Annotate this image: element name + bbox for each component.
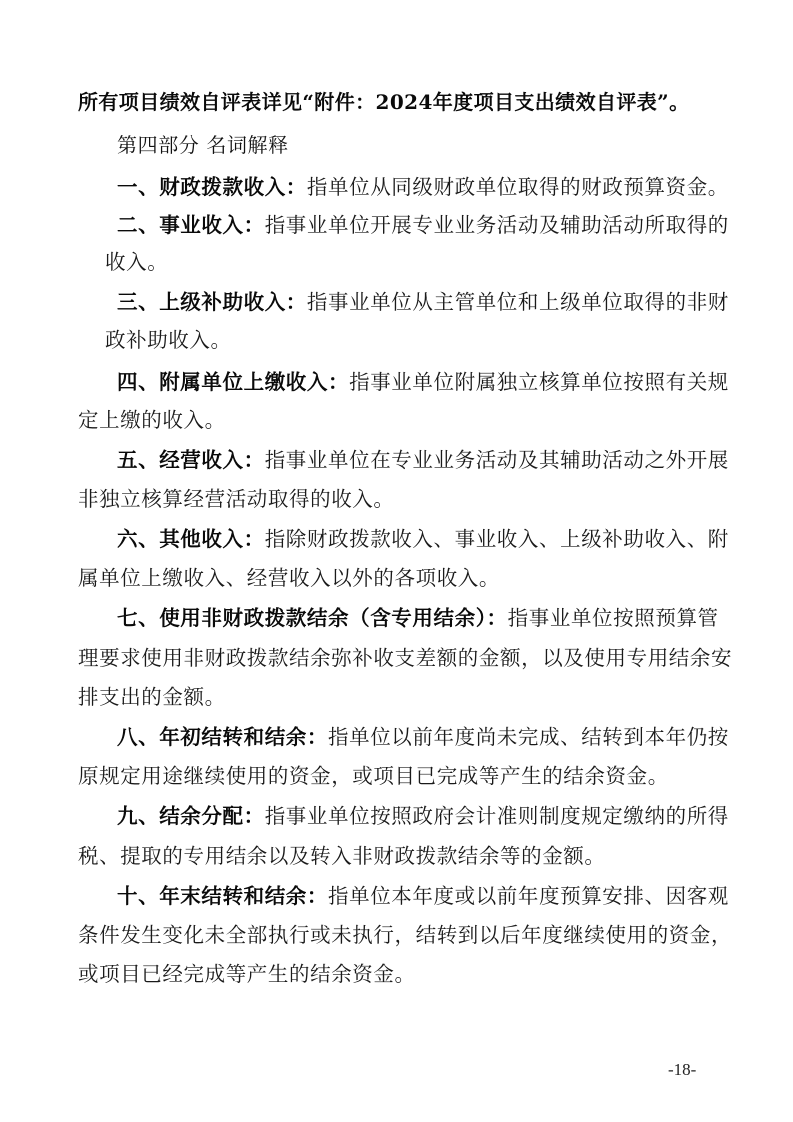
definition-text: 指事业单位开展专业业务活动及辅助活动所取得的 (265, 213, 729, 237)
definition-term: 九、结余分配： (117, 804, 265, 828)
definition-text: 指事业单位在专业业务活动及其辅助活动之外开展 (265, 448, 729, 472)
page-number: -18- (668, 1060, 696, 1080)
definition-term: 八、年初结转和结余： (117, 725, 328, 749)
definition-text: 指事业单位按照政府会计准则制度规定缴纳的所得 (265, 804, 729, 828)
definition-text: 指单位本年度或以前年度预算安排、因客观 (328, 884, 729, 908)
intro-line: 所有项目绩效自评表详见“附件：2024年度项目支出绩效自评表”。 (78, 90, 689, 114)
definition-1: 一、财政拨款收入：指单位从同级财政单位取得的财政预算资金。 (117, 175, 729, 199)
definition-2: 二、事业收入：指事业单位开展专业业务活动及辅助活动所取得的 (117, 213, 729, 237)
definition-6-cont: 属单位上缴收入、经营收入以外的各项收入。 (78, 566, 500, 590)
section-heading: 第四部分 名词解释 (117, 133, 289, 157)
definition-text: 指事业单位按照预算管 (508, 606, 719, 630)
definition-term: 十、年末结转和结余： (117, 884, 328, 908)
definition-4: 四、附属单位上缴收入：指事业单位附属独立核算单位按照有关规 (117, 370, 729, 394)
definition-term: 二、事业收入： (117, 213, 265, 237)
definition-3: 三、上级补助收入：指事业单位从主管单位和上级单位取得的非财 (117, 290, 729, 314)
definition-9: 九、结余分配：指事业单位按照政府会计准则制度规定缴纳的所得 (117, 804, 729, 828)
definition-3-cont: 政补助收入。 (105, 328, 232, 352)
definition-term: 五、经营收入： (117, 448, 265, 472)
definition-8: 八、年初结转和结余：指单位以前年度尚未完成、结转到本年仍按 (117, 725, 729, 749)
definition-2-cont: 收入。 (105, 250, 168, 274)
definition-4-cont: 定上缴的收入。 (78, 408, 226, 432)
definition-5: 五、经营收入：指事业单位在专业业务活动及其辅助活动之外开展 (117, 448, 729, 472)
definition-9-cont: 税、提取的专用结余以及转入非财政拨款结余等的金额。 (78, 844, 606, 868)
document-page: 所有项目绩效自评表详见“附件：2024年度项目支出绩效自评表”。 第四部分 名词… (0, 0, 793, 1122)
definition-5-cont: 非独立核算经营活动取得的收入。 (78, 487, 395, 511)
definition-10-cont2: 或项目已经完成等产生的结余资金。 (78, 962, 416, 986)
definition-term: 一、财政拨款收入： (117, 175, 307, 199)
definition-7: 七、使用非财政拨款结余（含专用结余）：指事业单位按照预算管 (117, 606, 719, 630)
definition-text: 指事业单位从主管单位和上级单位取得的非财 (307, 290, 729, 314)
definition-10: 十、年末结转和结余：指单位本年度或以前年度预算安排、因客观 (117, 884, 729, 908)
definition-8-cont: 原规定用途继续使用的资金，或项目已完成等产生的结余资金。 (78, 764, 669, 788)
definition-term: 七、使用非财政拨款结余（含专用结余）： (117, 606, 508, 630)
definition-10-cont: 条件发生变化未全部执行或未执行，结转到以后年度继续使用的资金， (78, 923, 732, 947)
definition-text: 指事业单位附属独立核算单位按照有关规 (349, 370, 729, 394)
definition-7-cont: 理要求使用非财政拨款结余弥补收支差额的金额，以及使用专用结余安 (78, 646, 732, 670)
definition-7-cont2: 排支出的金额。 (78, 685, 226, 709)
definition-term: 四、附属单位上缴收入： (117, 370, 349, 394)
definition-term: 三、上级补助收入： (117, 290, 307, 314)
definition-text: 指单位从同级财政单位取得的财政预算资金。 (307, 175, 729, 199)
definition-text: 指除财政拨款收入、事业收入、上级补助收入、附 (265, 527, 729, 551)
definition-6: 六、其他收入：指除财政拨款收入、事业收入、上级补助收入、附 (117, 527, 729, 551)
definition-term: 六、其他收入： (117, 527, 265, 551)
definition-text: 指单位以前年度尚未完成、结转到本年仍按 (328, 725, 729, 749)
